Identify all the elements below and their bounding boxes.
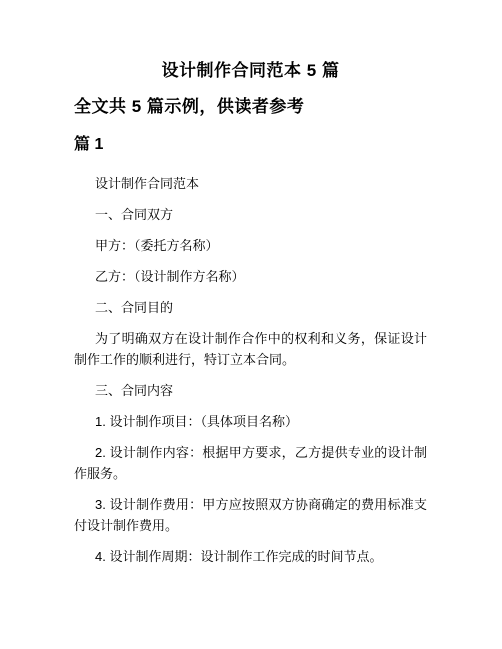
paragraph-item-3-fee: 3. 设计制作费用：甲方应按照双方协商确定的费用标准支付设计制作费用。 [74,494,427,536]
document-title: 设计制作合同范本 5 篇 [74,62,427,80]
paragraph-item-4-schedule: 4. 设计制作周期：设计制作工作完成的时间节点。 [74,546,427,567]
document-subtitle: 全文共 5 篇示例，供读者参考 [74,98,427,116]
paragraph-section-three-content: 三、合同内容 [74,380,427,401]
paragraph-party-b: 乙方：（设计制作方名称） [74,266,427,287]
section-heading-part-1: 篇 1 [74,137,427,153]
paragraph-item-2-content: 2. 设计制作内容：根据甲方要求，乙方提供专业的设计制作服务。 [74,442,427,484]
paragraph-section-one-parties: 一、合同双方 [74,204,427,225]
paragraph-party-a: 甲方：（委托方名称） [74,235,427,256]
paragraph-item-1-project: 1. 设计制作项目：（具体项目名称） [74,411,427,432]
paragraph-section-two-purpose: 二、合同目的 [74,297,427,318]
paragraph-contract-template-label: 设计制作合同范本 [74,173,427,194]
paragraph-purpose-body: 为了明确双方在设计制作合作中的权利和义务，保证设计制作工作的顺利进行，特订立本合… [74,328,427,370]
document-page: 设计制作合同范本 5 篇 全文共 5 篇示例，供读者参考 篇 1 设计制作合同范… [0,0,502,649]
